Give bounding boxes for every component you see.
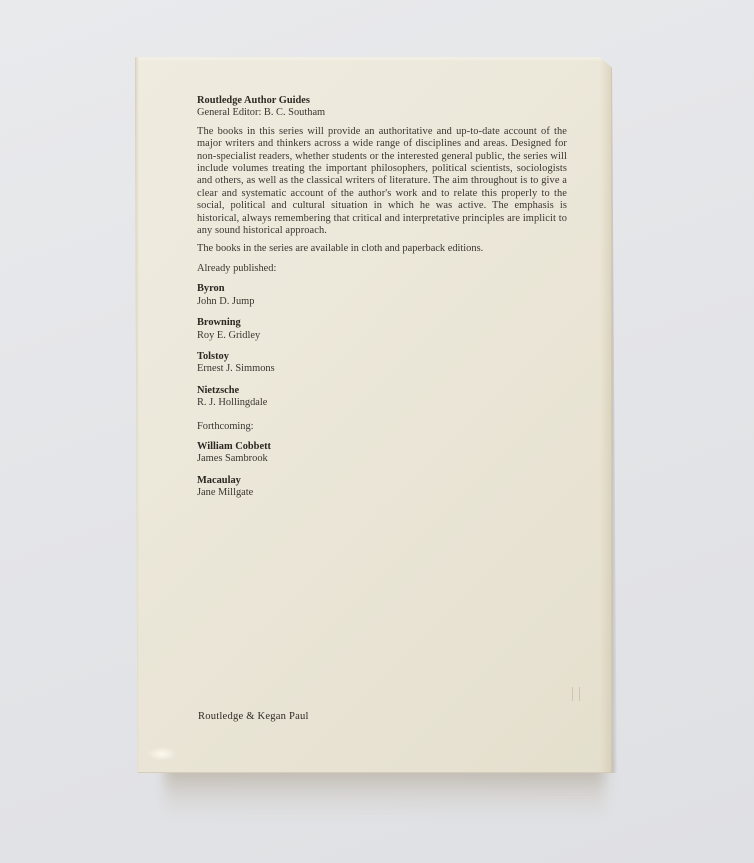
availability-note: The books in the series are available in… <box>197 243 567 255</box>
entry-author: John D. Jump <box>197 296 567 308</box>
cover-scuff-mark <box>147 747 177 761</box>
entry-subject: Browning <box>197 317 567 329</box>
book-top-edge <box>135 57 612 61</box>
publisher-imprint: Routledge & Kegan Paul <box>198 711 309 722</box>
book-back-cover: Routledge Author Guides General Editor: … <box>135 57 612 773</box>
entry-author: James Sambrook <box>197 453 567 465</box>
entry-subject: Byron <box>197 283 567 295</box>
published-entry: Nietzsche R. J. Hollingdale <box>197 385 567 410</box>
entry-author: Jane Millgate <box>197 487 567 499</box>
entry-author: R. J. Hollingdale <box>197 397 567 409</box>
forthcoming-label: Forthcoming: <box>197 421 567 433</box>
published-entry: Tolstoy Ernest J. Simmons <box>197 351 567 376</box>
entry-subject: Nietzsche <box>197 385 567 397</box>
entry-author: Roy E. Gridley <box>197 330 567 342</box>
entry-author: Ernest J. Simmons <box>197 363 567 375</box>
forthcoming-entry: William Cobbett James Sambrook <box>197 441 567 466</box>
published-entry: Browning Roy E. Gridley <box>197 317 567 342</box>
series-description: The books in this series will provide an… <box>197 126 567 238</box>
entry-subject: William Cobbett <box>197 441 567 453</box>
entry-subject: Tolstoy <box>197 351 567 363</box>
general-editor: General Editor: B. C. Southam <box>197 107 567 119</box>
published-entry: Byron John D. Jump <box>197 283 567 308</box>
book-left-edge <box>135 57 139 773</box>
book-right-edge <box>600 57 612 773</box>
entry-subject: Macaulay <box>197 475 567 487</box>
already-published-label: Already published: <box>197 263 567 275</box>
cover-text-block: Routledge Author Guides General Editor: … <box>197 95 567 509</box>
series-title: Routledge Author Guides <box>197 95 567 107</box>
cover-smudge-mark <box>572 687 580 701</box>
forthcoming-entry: Macaulay Jane Millgate <box>197 475 567 500</box>
